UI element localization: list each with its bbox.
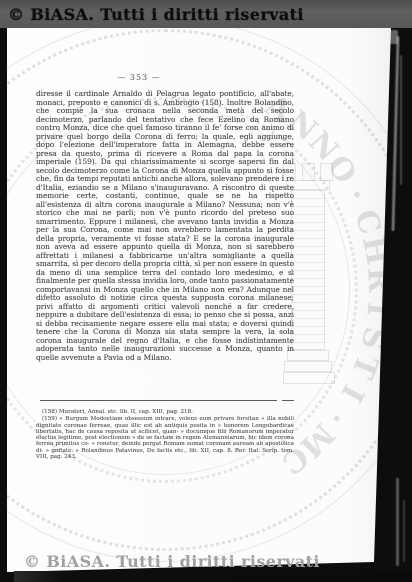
footnote: (158) Muratori, Annal. etc. lib. II, cap… [36, 409, 294, 415]
footnote: (159) « Burgum Modoetiam obsessum intrar… [36, 416, 294, 460]
scan-streak [400, 55, 402, 185]
tower-shaft [291, 190, 325, 350]
stamp-inscription-letter: M [293, 416, 341, 464]
footnote-rule-short [282, 400, 294, 401]
scan-streak [396, 478, 399, 566]
bottom-scan-bar [14, 571, 412, 582]
scan-streak [390, 30, 398, 44]
scanned-book-page: © BiASA. Tutti i diritti riservati ANNO·… [0, 0, 412, 582]
footnotes-block: (158) Muratori, Annal. etc. lib. II, cap… [36, 409, 294, 461]
stamp-inscription-letter: S [353, 318, 394, 359]
tower-base-step [283, 372, 335, 384]
top-copyright-band: © BiASA. Tutti i diritti riservati [0, 0, 412, 28]
stamp-inscription-letter: T [343, 345, 387, 389]
top-copyright-text: © BiASA. Tutti i diritti riservati [0, 5, 304, 24]
scan-paper: ANNO·CHRISTI·MC — 353 — diresse il cardi… [0, 28, 412, 582]
footnote-separator [40, 400, 294, 401]
footnote-rule-long [40, 400, 277, 401]
body-text: diresse il cardinale Arnaldo di Pelagrua… [36, 90, 294, 362]
stamp-inscription-letter: I [329, 370, 375, 416]
stamp-inscription-letter: R [361, 262, 397, 298]
stamp-inscription-letter: N [300, 122, 348, 170]
stamp-inscription-letter: O [318, 146, 365, 193]
bottom-copyright-text: © BiASA. Tutti i diritti riservati [24, 552, 320, 571]
page-number: — 353 — [36, 73, 242, 82]
tower-base-step [284, 361, 332, 372]
stamp-inscription-letter: C [346, 201, 389, 244]
stamp-inscription-letter: I [360, 291, 397, 328]
stamp-inscription-letter: · [334, 172, 380, 218]
stamp-inscription-letter: · [313, 394, 361, 442]
scan-streak [403, 500, 405, 562]
stamp-inscription-letter: H [356, 231, 396, 271]
scan-streak [391, 36, 399, 231]
